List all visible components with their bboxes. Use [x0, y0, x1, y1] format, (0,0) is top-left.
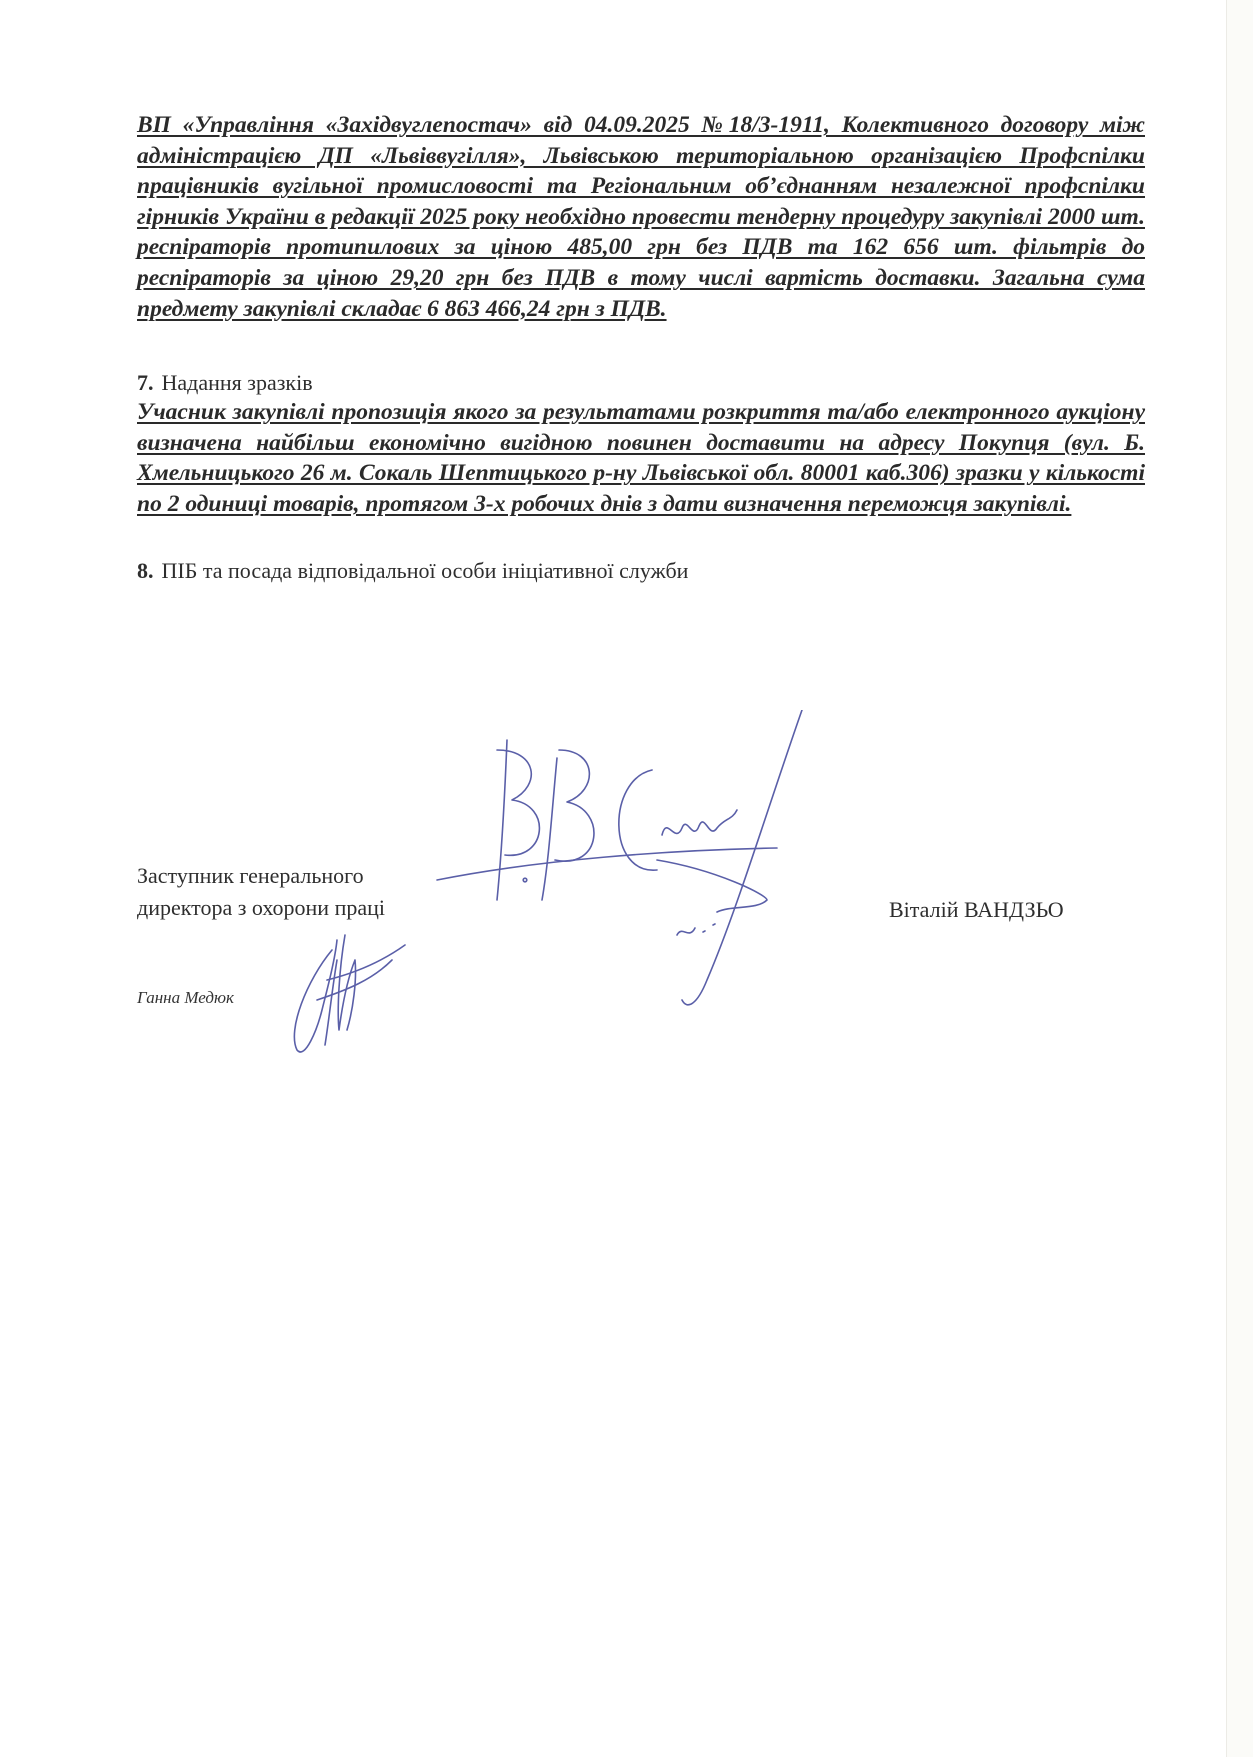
signatory-name: Віталій ВАНДЗЬО: [889, 894, 1064, 926]
section-8-heading: 8.ПІБ та посада відповідальної особи іні…: [137, 557, 1145, 585]
section-title: ПІБ та посада відповідальної особи ініці…: [162, 558, 689, 583]
section-title: Надання зразків: [162, 370, 313, 395]
procurement-justification-paragraph: ВП «Управління «Західвуглепостач» від 04…: [137, 110, 1145, 324]
main-signature-icon: [337, 710, 897, 1070]
position-line-2: директора з охорони праці: [137, 892, 385, 924]
section-number: 8.: [137, 558, 154, 583]
section-number: 7.: [137, 370, 154, 395]
executor-name: Ганна Медюк: [137, 988, 234, 1008]
signature-block: Заступник генерального директора з охоро…: [137, 860, 1137, 1100]
position-line-1: Заступник генерального: [137, 860, 385, 892]
section-8: 8.ПІБ та посада відповідальної особи іні…: [137, 557, 1145, 585]
samples-requirement-paragraph: Учасник закупівлі пропозиція якого за ре…: [137, 397, 1145, 519]
signatory-position: Заступник генерального директора з охоро…: [137, 860, 385, 924]
scan-edge-strip: [1226, 0, 1253, 1757]
document-page: ВП «Управління «Західвуглепостач» від 04…: [137, 110, 1145, 585]
section-7: 7.Надання зразків Учасник закупівлі проп…: [137, 369, 1145, 519]
section-7-heading: 7.Надання зразків: [137, 369, 1145, 397]
executor-signature-icon: [277, 920, 417, 1060]
